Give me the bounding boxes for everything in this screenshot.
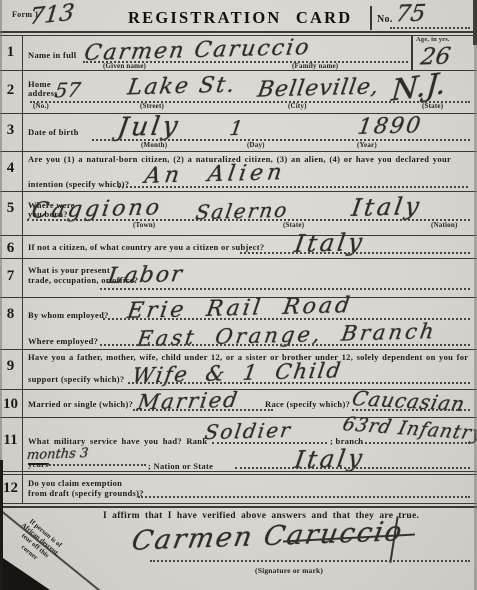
q5-state-caption: (State) bbox=[283, 221, 304, 229]
no-value-handwriting: 75 bbox=[394, 1, 427, 28]
row-divider-8 bbox=[0, 349, 477, 351]
signature-dotted-line bbox=[150, 560, 470, 562]
q12-number: 12 bbox=[0, 480, 21, 497]
q2-city-caption: (City) bbox=[288, 102, 307, 110]
age-label: Age, in yrs. bbox=[416, 36, 450, 43]
q6-dotted-line bbox=[240, 252, 470, 254]
q7-dotted-line bbox=[100, 288, 470, 290]
q8-where-label: Where employed? bbox=[28, 336, 98, 346]
q11-number: 11 bbox=[0, 432, 21, 449]
q4-question-line2: intention (specify which)? bbox=[28, 179, 129, 189]
q4-dotted-line bbox=[118, 186, 468, 188]
q11-rank-handwriting: Soldier bbox=[203, 418, 294, 444]
q8-where-dotted-line bbox=[100, 344, 470, 346]
q3-label: Date of birth bbox=[28, 127, 79, 137]
q3-month-caption: (Month) bbox=[141, 141, 167, 149]
q10-race-handwriting: Caucasian bbox=[350, 386, 468, 416]
footer-rule-1 bbox=[0, 503, 477, 504]
registration-card: Form 1 713 REGISTRATION CARD No. 75 1 Na… bbox=[0, 0, 477, 590]
q2-state-caption: (State) bbox=[422, 102, 443, 110]
q11-nation-handwriting: Italy bbox=[293, 444, 367, 474]
q9-dotted-line bbox=[128, 382, 470, 384]
page-title: REGISTRATION CARD bbox=[128, 8, 352, 28]
row-divider-3 bbox=[0, 151, 477, 153]
q11-years-dotted-line bbox=[46, 464, 146, 466]
no-divider-line bbox=[370, 6, 372, 30]
q11-nation-label: ; Nation or State bbox=[148, 461, 213, 471]
q10-race-label: Race (specify which)? bbox=[265, 399, 350, 409]
q2-street-handwriting: Lake St. bbox=[126, 73, 238, 101]
q11-nation-dotted-line bbox=[235, 467, 470, 469]
q10-number: 10 bbox=[0, 396, 21, 413]
age-value-handwriting: 26 bbox=[419, 44, 452, 71]
q11-rank-label: What military service have you had? Rank bbox=[28, 436, 207, 446]
q8-number: 8 bbox=[0, 306, 21, 323]
q8-where-handwriting: East Orange, Branch bbox=[136, 319, 439, 351]
q3-number: 3 bbox=[0, 122, 21, 139]
row-divider-6 bbox=[0, 258, 477, 260]
q2-number: 2 bbox=[0, 82, 21, 99]
row-divider-11 bbox=[0, 471, 477, 473]
q1-label: Name in full bbox=[28, 50, 76, 60]
q3-day-caption: (Day) bbox=[247, 141, 265, 149]
q4-answer-handwriting: An Alien bbox=[143, 160, 288, 189]
q2-city-handwriting: Belleville, bbox=[256, 74, 381, 102]
header-rule-2 bbox=[0, 35, 477, 36]
q3-year-caption: (Year) bbox=[357, 141, 377, 149]
no-label: No. bbox=[377, 14, 393, 25]
row-divider-11b bbox=[0, 474, 477, 475]
q4-number: 4 bbox=[0, 160, 21, 177]
q10-race-dotted-line bbox=[352, 409, 470, 411]
q11-branch-dotted-line bbox=[358, 442, 470, 444]
q10-married-dotted-line bbox=[133, 409, 273, 411]
q9-question-line2: support (specify which)? bbox=[28, 374, 124, 384]
q2-dotted-line bbox=[30, 101, 470, 103]
q7-answer-handwriting: Labor bbox=[106, 262, 186, 289]
form-number-handwriting: 713 bbox=[28, 0, 75, 30]
q5-town-caption: (Town) bbox=[133, 221, 155, 229]
q2-street-caption: (Street) bbox=[140, 102, 164, 110]
q5-number: 5 bbox=[0, 200, 21, 217]
q6-number: 6 bbox=[0, 240, 21, 257]
row-divider-1 bbox=[0, 70, 477, 72]
q7-label-line1: What is your present bbox=[28, 265, 110, 275]
age-box-line bbox=[411, 35, 413, 70]
q2-no-handwriting: 57 bbox=[53, 78, 82, 103]
q12-question-line2: from draft (specify grounds)? bbox=[28, 488, 144, 498]
q5-dotted-line bbox=[27, 219, 470, 221]
q8-employer-label: By whom employed? bbox=[28, 310, 109, 320]
q9-number: 9 bbox=[0, 358, 21, 375]
right-scan-edge-dark bbox=[473, 0, 477, 45]
row-divider-5 bbox=[0, 235, 477, 237]
q12-dotted-line bbox=[138, 496, 470, 498]
q1-number: 1 bbox=[0, 44, 21, 61]
q5-nation-caption: (Nation) bbox=[431, 221, 458, 229]
q5-nation-handwriting: Italy bbox=[350, 192, 424, 222]
number-column-line bbox=[22, 35, 24, 503]
footer-rule-2 bbox=[0, 506, 477, 508]
no-dotted-line bbox=[390, 27, 470, 29]
q6-question: If not a citizen, of what country are yo… bbox=[28, 242, 264, 252]
left-scan-edge-dark bbox=[0, 460, 3, 590]
q2-no-caption: (No.) bbox=[33, 102, 49, 110]
header-rule bbox=[0, 31, 477, 33]
q7-number: 7 bbox=[0, 268, 21, 285]
q11-rank-dotted-line bbox=[212, 442, 327, 444]
q3-day-handwriting: 1 bbox=[228, 116, 244, 140]
q12-question-line1: Do you claim exemption bbox=[28, 478, 122, 488]
q10-married-label: Married or single (which)? bbox=[28, 399, 133, 409]
signature-caption: (Signature or mark) bbox=[255, 566, 323, 575]
q3-year-handwriting: 1890 bbox=[356, 113, 424, 140]
